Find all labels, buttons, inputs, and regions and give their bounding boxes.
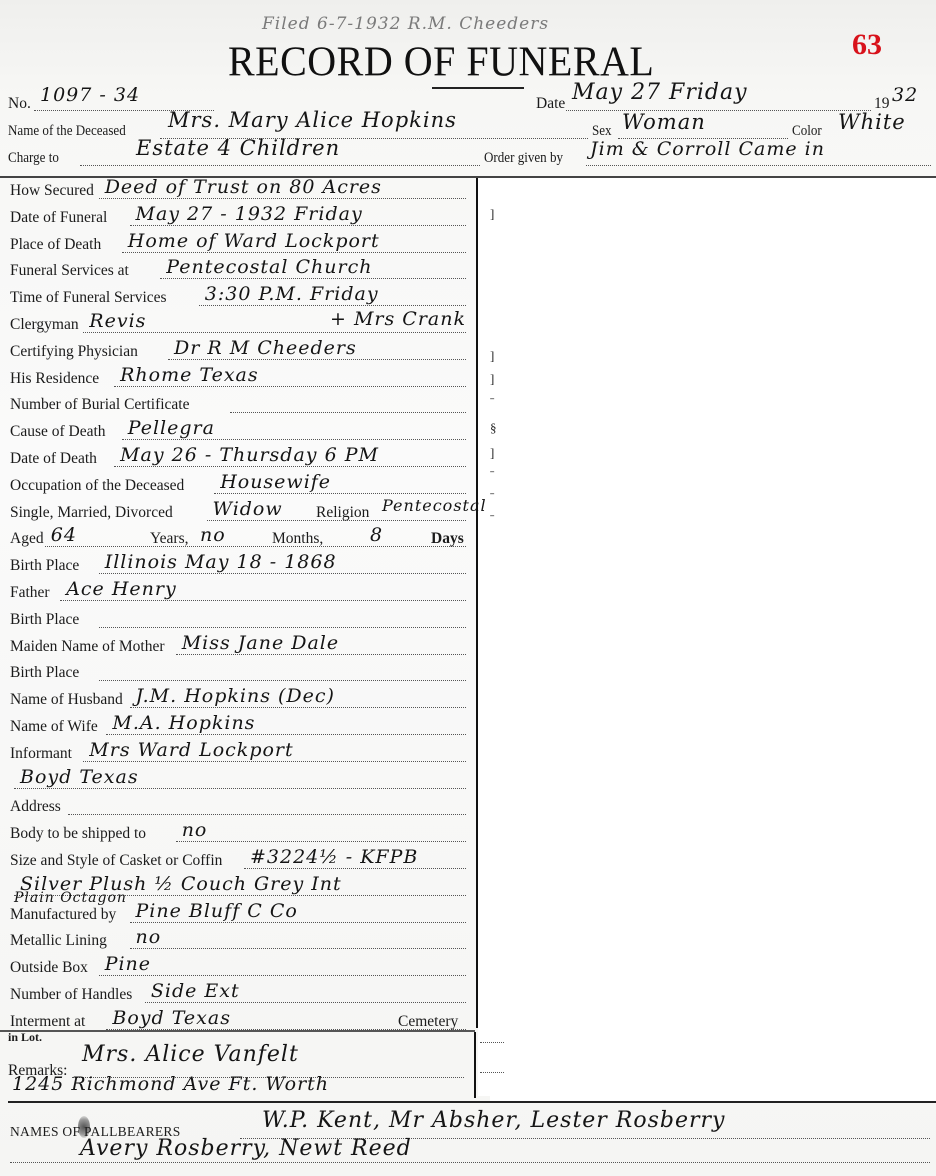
field-value-manufactured-by: Pine Bluff C Co	[136, 900, 298, 922]
field-value-time-of-funeral-services: 3:30 P.M. Friday	[205, 283, 379, 305]
lot-divider	[0, 1030, 475, 1032]
field-line	[14, 788, 466, 789]
field-value-continuation: Boyd Texas	[20, 766, 139, 788]
field-line	[99, 975, 466, 976]
field-label-his-residence: His Residence	[10, 370, 99, 388]
field-line	[199, 305, 466, 306]
field-line	[130, 225, 467, 226]
field-label-birth-place: Birth Place	[10, 611, 79, 629]
blank-right-area-lower	[490, 1030, 936, 1102]
blank-right-area	[478, 176, 936, 1096]
field-value-date-of-death: May 26 - Thursday 6 PM	[120, 444, 379, 466]
field-line	[176, 654, 466, 655]
field-value-place-of-death: Home of Ward Lockport	[128, 230, 380, 252]
order-given-line	[586, 165, 931, 166]
field-label-how-secured: How Secured	[10, 182, 94, 200]
field-line	[114, 466, 466, 467]
field-label-date-of-funeral: Date of Funeral	[10, 209, 107, 227]
no-label: No.	[8, 95, 31, 113]
field-line	[99, 573, 466, 574]
field-line	[130, 948, 467, 949]
date-label: Date	[536, 95, 565, 113]
deceased-name-label: Name of the Deceased	[8, 123, 126, 140]
field-label-aged: Aged	[10, 530, 44, 548]
field-value-certifying-physician: Dr R M Cheeders	[174, 337, 357, 359]
field-line	[230, 412, 466, 413]
years-label: Years,	[150, 530, 188, 548]
field-line	[145, 1002, 466, 1003]
months-label: Months,	[272, 530, 323, 548]
field-line	[99, 680, 466, 681]
field-line	[60, 600, 466, 601]
year-value: 32	[892, 84, 918, 106]
deceased-name-value: Mrs. Mary Alice Hopkins	[168, 108, 457, 132]
field-value-cause-of-death: Pellegra	[128, 417, 215, 439]
field-line	[106, 734, 466, 735]
field-label-father: Father	[10, 584, 50, 602]
field-line	[68, 814, 466, 815]
casket-note: Plain Octagon	[14, 890, 127, 906]
field-value-outside-box: Pine	[105, 953, 151, 975]
field-label-certifying-physician: Certifying Physician	[10, 343, 138, 361]
order-given-label: Order given by	[484, 150, 563, 167]
field-label-address: Address	[10, 798, 61, 816]
field-label-place-of-death: Place of Death	[10, 236, 101, 254]
field-label-metallic-lining: Metallic Lining	[10, 932, 107, 950]
field-label-cause-of-death: Cause of Death	[10, 423, 106, 441]
days-label: Days	[431, 530, 464, 548]
field-label-single-married-divorced: Single, Married, Divorced	[10, 504, 173, 522]
field-value-body-to-be-shipped-to: no	[182, 819, 208, 841]
field-label-birth-place: Birth Place	[10, 664, 79, 682]
page-number: 63	[852, 28, 882, 62]
field-line	[130, 922, 467, 923]
religion-label: Religion	[316, 504, 369, 522]
field-value-funeral-services-at: Pentecostal Church	[166, 256, 372, 278]
field-line	[122, 252, 466, 253]
field-label-funeral-services-at: Funeral Services at	[10, 262, 129, 280]
field-line	[83, 761, 466, 762]
field-line	[99, 198, 466, 199]
field-value-name-of-husband: J.M. Hopkins (Dec)	[136, 685, 335, 707]
field-label-name-of-husband: Name of Husband	[10, 691, 123, 709]
date-value: May 27 Friday	[572, 80, 748, 105]
color-value: White	[838, 110, 906, 134]
months-value: no	[200, 524, 226, 546]
field-line	[244, 868, 466, 869]
field-label-clergyman: Clergyman	[10, 316, 79, 334]
clergyman-value-2: + Mrs Crank	[330, 308, 466, 330]
sex-value: Woman	[622, 110, 706, 134]
field-line	[99, 627, 466, 628]
remarks-value: Mrs. Alice Vanfelt	[82, 1042, 299, 1067]
field-label-outside-box: Outside Box	[10, 959, 88, 977]
cemetery-label: Cemetery	[398, 1013, 458, 1031]
field-value-size-and-style-of-casket-or-coffin: #3224½ - KFPB	[250, 846, 418, 868]
title-underline	[432, 87, 524, 89]
field-value-occupation-of-the-deceased: Housewife	[220, 471, 331, 493]
field-line	[83, 332, 466, 333]
pallbearers-line-1: W.P. Kent, Mr Absher, Lester Rosberry	[262, 1108, 725, 1133]
field-value-number-of-handles: Side Ext	[151, 980, 240, 1002]
field-label-size-and-style-of-casket-or-coffin: Size and Style of Casket or Coffin	[10, 852, 222, 870]
field-label-number-of-handles: Number of Handles	[10, 986, 132, 1004]
field-line	[214, 493, 466, 494]
field-label-body-to-be-shipped-to: Body to be shipped to	[10, 825, 146, 843]
field-label-name-of-wife: Name of Wife	[10, 718, 98, 736]
lot-column-divider	[474, 1032, 476, 1098]
pallbearers-line-2: Avery Rosberry, Newt Reed	[80, 1136, 412, 1161]
charge-line	[80, 165, 480, 166]
field-value-clergyman: Revis	[89, 310, 146, 332]
lot-label: in Lot.	[8, 1030, 42, 1045]
field-line	[176, 841, 466, 842]
field-value-how-secured: Deed of Trust on 80 Acres	[105, 176, 382, 198]
date-line	[566, 110, 871, 111]
field-value-his-residence: Rhome Texas	[120, 364, 259, 386]
remarks-underline	[8, 1101, 936, 1103]
no-value: 1097 - 34	[40, 84, 140, 106]
field-label-manufactured-by: Manufactured by	[10, 906, 116, 924]
field-label-birth-place: Birth Place	[10, 557, 79, 575]
field-label-number-of-burial-certificate: Number of Burial Certificate	[10, 396, 189, 414]
field-line	[130, 707, 467, 708]
field-label-maiden-name-of-mother: Maiden Name of Mother	[10, 638, 165, 656]
field-line	[45, 546, 466, 547]
charge-label: Charge to	[8, 150, 59, 167]
religion-value: Pentecostal	[382, 496, 487, 515]
field-value-father: Ace Henry	[66, 578, 177, 600]
field-value-single-married-divorced: Widow	[213, 498, 283, 520]
field-line	[168, 359, 466, 360]
days-value: 8	[370, 524, 383, 546]
field-value-informant: Mrs Ward Lockport	[89, 739, 293, 761]
field-label-interment-at: Interment at	[10, 1013, 85, 1031]
field-label-informant: Informant	[10, 745, 72, 763]
field-value-name-of-wife: M.A. Hopkins	[112, 712, 255, 734]
field-value-birth-place: Illinois May 18 - 1868	[105, 551, 337, 573]
field-value-maiden-name-of-mother: Miss Jane Dale	[182, 632, 339, 654]
field-label-time-of-funeral-services: Time of Funeral Services	[10, 289, 167, 307]
field-value-date-of-funeral: May 27 - 1932 Friday	[136, 203, 363, 225]
field-line	[114, 386, 466, 387]
field-value-metallic-lining: no	[136, 926, 162, 948]
remarks-address: 1245 Richmond Ave Ft. Worth	[12, 1073, 329, 1095]
charge-value: Estate 4 Children	[136, 136, 340, 160]
column-divider	[476, 178, 478, 1028]
field-value-aged: 64	[51, 524, 77, 546]
field-label-date-of-death: Date of Death	[10, 450, 97, 468]
order-given-value: Jim & Corroll Came in	[590, 138, 825, 160]
field-line	[122, 439, 466, 440]
field-value-interment-at: Boyd Texas	[112, 1007, 231, 1029]
filed-note: Filed 6-7-1932 R.M. Cheeders	[262, 14, 549, 34]
field-line	[160, 278, 466, 279]
field-label-occupation-of-the-deceased: Occupation of the Deceased	[10, 477, 184, 495]
page-title: RECORD OF FUNERAL	[228, 37, 654, 86]
